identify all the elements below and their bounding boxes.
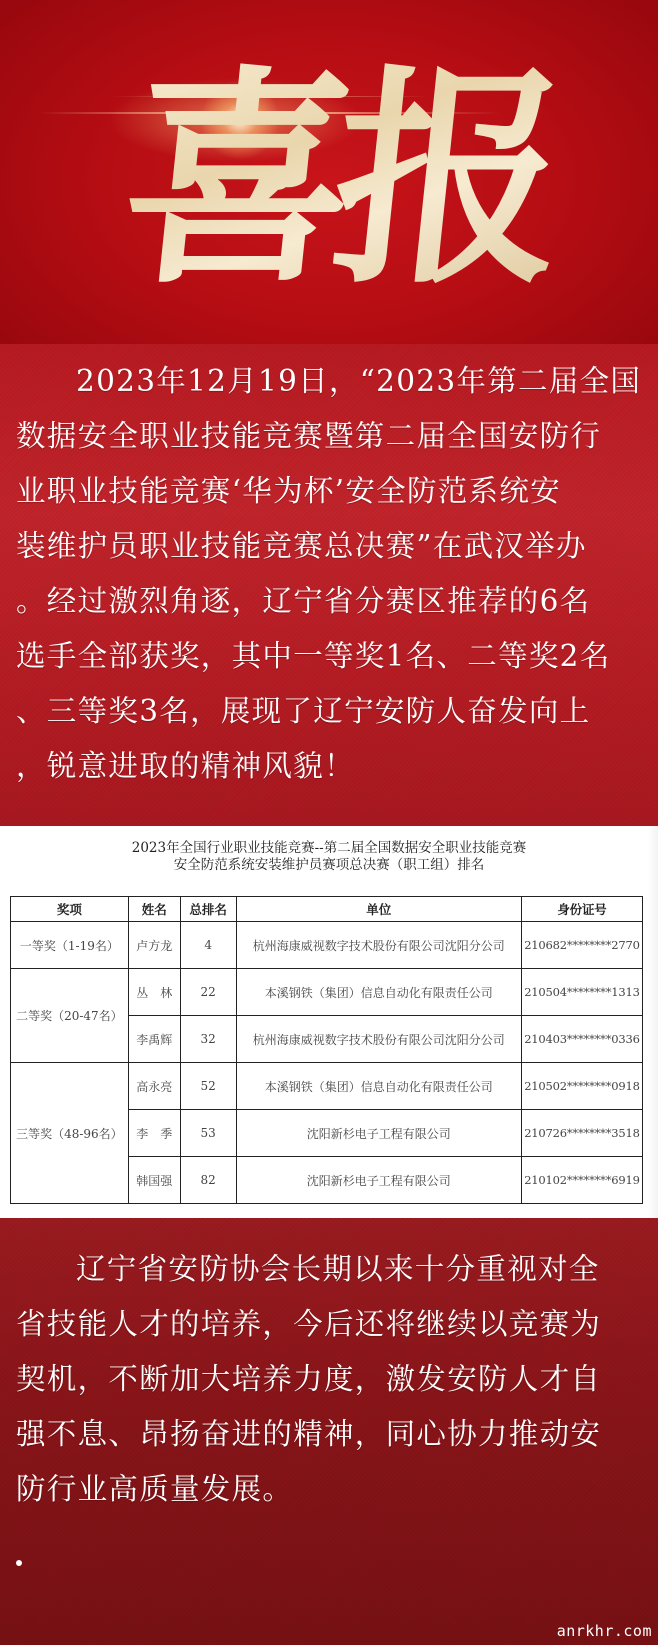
unit-cell: 本溪钢铁（集团）信息自动化有限责任公司 bbox=[236, 1063, 521, 1110]
rank-cell: 32 bbox=[180, 1016, 236, 1063]
rank-cell: 52 bbox=[180, 1063, 236, 1110]
award-cell: 二等奖（20-47名） bbox=[11, 969, 129, 1063]
unit-cell: 杭州海康威视数字技术股份有限公司沈阳分公司 bbox=[236, 1016, 521, 1063]
unit-cell: 沈阳新杉电子工程有限公司 bbox=[236, 1157, 521, 1204]
rank-cell: 22 bbox=[180, 969, 236, 1016]
table-row: 二等奖（20-47名） 丛 林 22 本溪钢铁（集团）信息自动化有限责任公司 2… bbox=[11, 969, 643, 1016]
ranking-section: 2023年全国行业职业技能竞赛--第二届全国数据安全职业技能竞赛 安全防范系统安… bbox=[0, 826, 658, 1218]
header-id: 身份证号 bbox=[521, 897, 642, 922]
intro-line: 业职业技能竞赛‘华为杯’安全防范系统安 bbox=[16, 464, 646, 519]
intro-line: 装维护员职业技能竞赛总决赛”在武汉举办 bbox=[16, 519, 646, 574]
id-cell: 210502********0918 bbox=[521, 1063, 642, 1110]
table-row: 一等奖（1-19名） 卢方龙 4 杭州海康威视数字技术股份有限公司沈阳分公司 2… bbox=[11, 922, 643, 969]
rank-cell: 82 bbox=[180, 1157, 236, 1204]
closing-line: 省技能人才的培养，今后还将继续以竞赛为 bbox=[16, 1297, 646, 1352]
intro-paragraph: 2023年12月19日，“2023年第二届全国 数据安全职业技能竞赛暨第二届全国… bbox=[16, 354, 646, 794]
id-cell: 210102********6919 bbox=[521, 1157, 642, 1204]
header-award: 奖项 bbox=[11, 897, 129, 922]
table-title-line2: 安全防范系统安装维护员赛项总决赛（职工组）排名 bbox=[0, 857, 658, 874]
table-title-line1: 2023年全国行业职业技能竞赛--第二届全国数据安全职业技能竞赛 bbox=[0, 840, 658, 857]
rank-cell: 4 bbox=[180, 922, 236, 969]
header-unit: 单位 bbox=[236, 897, 521, 922]
banner: 喜报 bbox=[0, 0, 658, 344]
name-cell: 高永亮 bbox=[128, 1063, 180, 1110]
intro-line: 选手全部获奖，其中一等奖1名、二等奖2名 bbox=[16, 629, 646, 684]
award-cell: 三等奖（48-96名） bbox=[11, 1063, 129, 1204]
ranking-table: 奖项 姓名 总排名 单位 身份证号 一等奖（1-19名） 卢方龙 4 杭州海康威… bbox=[10, 896, 643, 1204]
closing-line: 强不息、昂扬奋进的精神，同心协力推动安 bbox=[16, 1407, 646, 1462]
unit-cell: 沈阳新杉电子工程有限公司 bbox=[236, 1110, 521, 1157]
id-cell: 210403********0336 bbox=[521, 1016, 642, 1063]
intro-line: ，锐意进取的精神风貌！ bbox=[16, 739, 646, 794]
closing-line: 防行业高质量发展。 bbox=[16, 1462, 646, 1517]
closing-paragraph: 辽宁省安防协会长期以来十分重视对全 省技能人才的培养，今后还将继续以竞赛为 契机… bbox=[16, 1242, 646, 1517]
table-row: 三等奖（48-96名） 高永亮 52 本溪钢铁（集团）信息自动化有限责任公司 2… bbox=[11, 1063, 643, 1110]
unit-cell: 本溪钢铁（集团）信息自动化有限责任公司 bbox=[236, 969, 521, 1016]
name-cell: 李禹辉 bbox=[128, 1016, 180, 1063]
id-cell: 210504********1313 bbox=[521, 969, 642, 1016]
id-cell: 210726********3518 bbox=[521, 1110, 642, 1157]
header-rank: 总排名 bbox=[180, 897, 236, 922]
intro-line: 2023年12月19日，“2023年第二届全国 bbox=[16, 354, 646, 409]
name-cell: 李 季 bbox=[128, 1110, 180, 1157]
name-cell: 卢方龙 bbox=[128, 922, 180, 969]
intro-line: 、三等奖3名，展现了辽宁安防人奋发向上 bbox=[16, 684, 646, 739]
closing-line: 契机，不断加大培养力度，激发安防人才自 bbox=[16, 1352, 646, 1407]
header-name: 姓名 bbox=[128, 897, 180, 922]
banner-title: 喜报 bbox=[39, 30, 631, 330]
table-header-row: 奖项 姓名 总排名 单位 身份证号 bbox=[11, 897, 643, 922]
closing-line: 辽宁省安防协会长期以来十分重视对全 bbox=[16, 1242, 646, 1297]
rank-cell: 53 bbox=[180, 1110, 236, 1157]
id-cell: 210682********2770 bbox=[521, 922, 642, 969]
intro-line: 数据安全职业技能竞赛暨第二届全国安防行 bbox=[16, 409, 646, 464]
name-cell: 韩国强 bbox=[128, 1157, 180, 1204]
name-cell: 丛 林 bbox=[128, 969, 180, 1016]
bullet-dot bbox=[16, 1560, 22, 1566]
unit-cell: 杭州海康威视数字技术股份有限公司沈阳分公司 bbox=[236, 922, 521, 969]
intro-line: 。经过激烈角逐，辽宁省分赛区推荐的6名 bbox=[16, 574, 646, 629]
watermark: anrkhr.com bbox=[557, 1622, 652, 1640]
award-cell: 一等奖（1-19名） bbox=[11, 922, 129, 969]
image-edge bbox=[648, 826, 658, 1218]
table-title: 2023年全国行业职业技能竞赛--第二届全国数据安全职业技能竞赛 安全防范系统安… bbox=[0, 840, 658, 874]
